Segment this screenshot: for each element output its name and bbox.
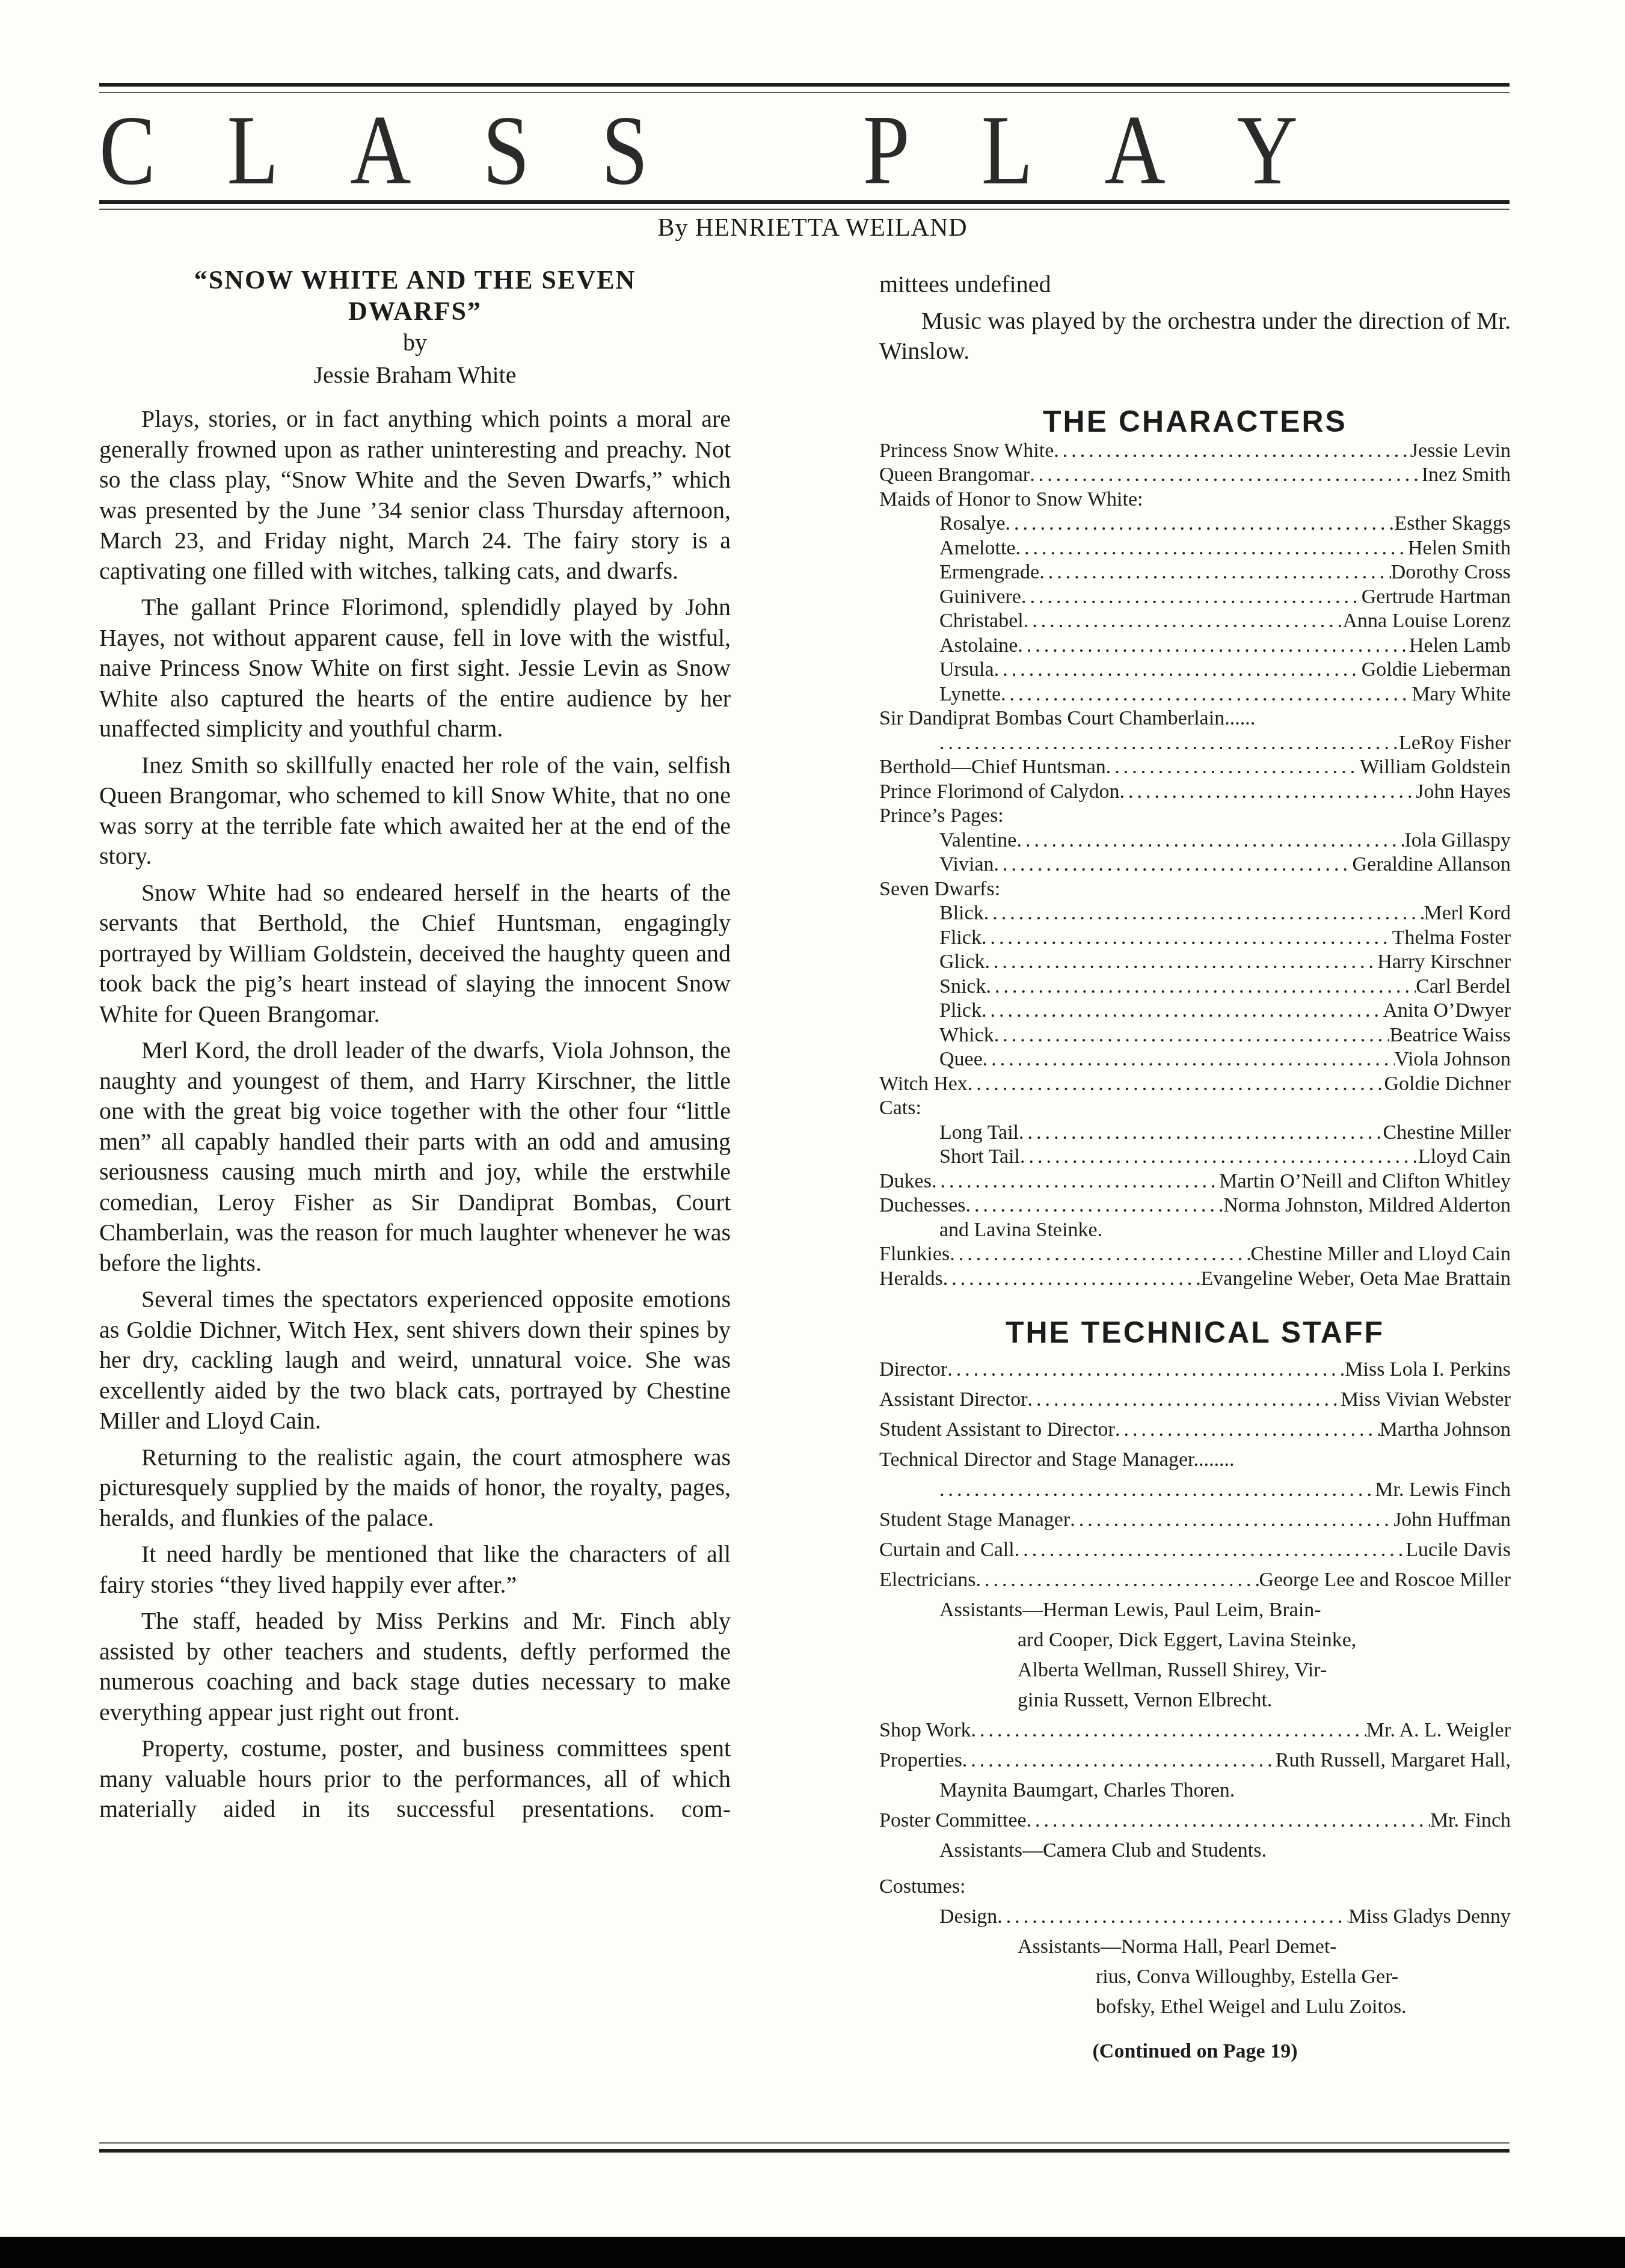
left-column: “SNOW WHITE AND THE SEVEN DWARFS” by Jes…	[99, 265, 731, 1831]
leader-dots	[984, 901, 1424, 926]
staff-name: Miss Gladys Denny	[1348, 1902, 1511, 1932]
character-name: Norma Johnston, Mildred Alderton	[1223, 1194, 1511, 1218]
technical-staff-heading: THE TECHNICAL STAFF	[879, 1315, 1511, 1350]
character-role: Dukes	[879, 1169, 932, 1194]
staff-role: Student Assistant to Director	[879, 1415, 1115, 1445]
staff-role: rius, Conva Willoughby, Estella Ger-	[1096, 1962, 1398, 1992]
staff-role: Shop Work	[879, 1715, 971, 1745]
title-rule-thick	[99, 200, 1510, 204]
staff-role: Curtain and Call	[879, 1535, 1015, 1565]
leader-dots	[1018, 634, 1409, 658]
character-name: Chestine Miller and Lloyd Cain	[1251, 1242, 1511, 1267]
right-column: mittees undefinedMusic was played by the…	[879, 269, 1511, 2063]
play-title-line2: DWARFS”	[99, 296, 731, 327]
character-name: Beatrice Waiss	[1389, 1023, 1511, 1048]
leader-dots	[994, 658, 1362, 682]
staff-role: Assistants—Camera Club and Students.	[939, 1836, 1267, 1866]
title-rule-thin	[99, 209, 1510, 210]
character-role: Plick	[939, 999, 981, 1023]
article-paragraph: Snow White had so endeared herself in th…	[99, 878, 731, 1030]
character-row: Prince’s Pages:	[879, 804, 1511, 829]
leader-dots	[1020, 1145, 1418, 1169]
staff-role: Maynita Baumgart, Charles Thoren.	[939, 1776, 1235, 1806]
staff-role: Assistants—Herman Lewis, Paul Leim, Brai…	[939, 1595, 1321, 1625]
character-name: LeRoy Fisher	[1399, 731, 1511, 756]
leader-dots	[994, 1023, 1390, 1048]
page-title: CLASSPLAY	[99, 105, 1298, 195]
leader-dots	[981, 999, 1383, 1023]
staff-name: Lucile Davis	[1405, 1535, 1511, 1565]
staff-name: Miss Lola I. Perkins	[1345, 1355, 1511, 1385]
character-name: William Goldstein	[1360, 755, 1511, 780]
character-row: Queen BrangomarInez Smith	[879, 463, 1511, 488]
article-paragraph: Returning to the realistic again, the co…	[99, 1442, 731, 1534]
character-name: Inez Smith	[1422, 463, 1511, 488]
article-paragraph: Music was played by the orchestra under …	[879, 306, 1511, 367]
staff-row: Assistants—Camera Club and Students.	[879, 1836, 1511, 1866]
character-row: ChristabelAnna Louise Lorenz	[879, 609, 1511, 634]
article-paragraph-continued: mittees undefined	[879, 269, 1511, 300]
leader-dots	[1006, 512, 1395, 536]
character-role: Maids of Honor to Snow White:	[879, 488, 1143, 512]
character-row: DukesMartin O’Neill and Clifton Whitley	[879, 1169, 1511, 1194]
character-row: PlickAnita O’Dwyer	[879, 999, 1511, 1023]
staff-role: Properties	[879, 1745, 962, 1776]
leader-dots	[939, 1475, 1375, 1505]
byline: By HENRIETTA WEILAND	[0, 213, 1625, 242]
character-role: Prince’s Pages:	[879, 804, 1004, 829]
character-name: Anita O’Dwyer	[1383, 999, 1511, 1023]
character-role: Rosalye	[939, 512, 1006, 536]
characters-list: Princess Snow WhiteJessie LevinQueen Bra…	[879, 439, 1511, 1292]
staff-row: PropertiesRuth Russell, Margaret Hall,	[879, 1745, 1511, 1776]
staff-role: Student Stage Manager	[879, 1505, 1070, 1535]
staff-row: Assistants—Norma Hall, Pearl Demet-	[879, 1932, 1511, 1962]
staff-row: ginia Russett, Vernon Elbrecht.	[879, 1685, 1511, 1715]
staff-role: ard Cooper, Dick Eggert, Lavina Steinke,	[1018, 1625, 1356, 1655]
character-row: and Lavina Steinke.	[879, 1218, 1511, 1243]
character-name: Harry Kirschner	[1377, 950, 1511, 975]
staff-row: bofsky, Ethel Weigel and Lulu Zoitos.	[879, 1992, 1511, 2022]
character-row: Cats:	[879, 1096, 1511, 1121]
staff-role: Assistant Director	[879, 1385, 1027, 1415]
character-name: Esther Skaggs	[1394, 512, 1511, 536]
title-letter: C	[99, 93, 156, 207]
character-name: Goldie Dichner	[1384, 1072, 1511, 1097]
play-author: Jessie Braham White	[99, 358, 731, 392]
character-role: Cats:	[879, 1096, 921, 1121]
character-role: Long Tail	[939, 1121, 1019, 1145]
article-paragraph: Several times the spectators experienced…	[99, 1284, 731, 1436]
leader-dots	[1039, 560, 1391, 585]
leader-dots	[939, 731, 1399, 756]
character-role: Berthold—Chief Huntsman	[879, 755, 1106, 780]
character-row: GlickHarry Kirschner	[879, 950, 1511, 975]
character-name: Anna Louise Lorenz	[1343, 609, 1511, 634]
character-role: Christabel	[939, 609, 1024, 634]
character-role: Blick	[939, 901, 984, 926]
staff-role: Assistants—Norma Hall, Pearl Demet-	[1018, 1932, 1337, 1962]
character-row: ErmengradeDorothy Cross	[879, 560, 1511, 585]
article-paragraph: Plays, stories, or in fact anything whic…	[99, 404, 731, 586]
character-role: Ursula	[939, 658, 994, 682]
character-name: Viola Johnson	[1395, 1047, 1511, 1072]
character-role: Glick	[939, 950, 985, 975]
title-letter: Y	[1237, 93, 1298, 207]
character-role: Vivian	[939, 853, 994, 877]
character-role: Amelotte	[939, 536, 1016, 561]
character-row: GuinivereGertrude Hartman	[879, 585, 1511, 610]
continued-note: (Continued on Page 19)	[879, 2040, 1511, 2063]
character-row: AmelotteHelen Smith	[879, 536, 1511, 561]
staff-role: ginia Russett, Vernon Elbrecht.	[1018, 1685, 1272, 1715]
staff-row: Assistant DirectorMiss Vivian Webster	[879, 1385, 1511, 1415]
leader-dots	[994, 853, 1353, 877]
character-name: Helen Lamb	[1409, 634, 1511, 658]
article-body-left: Plays, stories, or in fact anything whic…	[99, 404, 731, 1825]
leader-dots	[975, 1565, 1259, 1595]
staff-name: Ruth Russell, Margaret Hall,	[1276, 1745, 1511, 1776]
character-name: Thelma Foster	[1392, 926, 1511, 951]
leader-dots	[962, 1745, 1276, 1776]
title-letter: A	[1105, 93, 1166, 207]
character-name: Lloyd Cain	[1418, 1145, 1511, 1169]
title-letter: S	[601, 93, 648, 207]
leader-dots	[986, 975, 1416, 999]
staff-row: Student Stage ManagerJohn Huffman	[879, 1505, 1511, 1535]
character-role: Witch Hex	[879, 1072, 968, 1097]
leader-dots	[985, 950, 1378, 975]
title-letter: A	[350, 93, 411, 207]
leader-dots	[1070, 1505, 1393, 1535]
bottom-rule-thin	[99, 2142, 1510, 2144]
article-paragraph: The staff, headed by Miss Perkins and Mr…	[99, 1606, 731, 1727]
character-role: Queen Brangomar	[879, 463, 1030, 488]
staff-role: Electricians	[879, 1565, 975, 1595]
staff-role: Director	[879, 1355, 947, 1385]
character-name: Carl Berdel	[1416, 975, 1511, 999]
staff-name: Mr. Lewis Finch	[1375, 1475, 1511, 1505]
top-rule-thin	[99, 92, 1510, 93]
leader-dots	[1115, 1415, 1380, 1445]
character-row: FlunkiesChestine Miller and Lloyd Cain	[879, 1242, 1511, 1267]
leader-dots	[1015, 1535, 1406, 1565]
staff-row: Maynita Baumgart, Charles Thoren.	[879, 1776, 1511, 1806]
staff-name: Mr. A. L. Weigler	[1366, 1715, 1511, 1745]
leader-dots	[950, 1242, 1250, 1267]
article-paragraph: It need hardly be mentioned that like th…	[99, 1539, 731, 1600]
staff-role: bofsky, Ethel Weigel and Lulu Zoitos.	[1096, 1992, 1407, 2022]
staff-name: John Huffman	[1393, 1505, 1511, 1535]
character-row: Maids of Honor to Snow White:	[879, 488, 1511, 512]
article-paragraph: The gallant Prince Florimond, splendidly…	[99, 592, 731, 744]
staff-row: DirectorMiss Lola I. Perkins	[879, 1355, 1511, 1385]
character-role: Guinivere	[939, 585, 1021, 610]
character-row: Berthold—Chief HuntsmanWilliam Goldstein	[879, 755, 1511, 780]
character-role: Seven Dwarfs:	[879, 877, 1000, 902]
leader-dots	[1016, 829, 1404, 853]
character-row: Seven Dwarfs:	[879, 877, 1511, 902]
character-role: Astolaine	[939, 634, 1018, 658]
character-row: Long TailChestine Miller	[879, 1121, 1511, 1145]
character-name: Helen Smith	[1408, 536, 1511, 561]
leader-dots	[1001, 682, 1412, 707]
bottom-rule-thick	[99, 2149, 1510, 2153]
character-name: Chestine Miller	[1383, 1121, 1511, 1145]
character-row: DuchessesNorma Johnston, Mildred Alderto…	[879, 1194, 1511, 1218]
leader-dots	[1054, 439, 1410, 464]
staff-row: Poster CommitteeMr. Finch	[879, 1806, 1511, 1836]
character-row: SnickCarl Berdel	[879, 975, 1511, 999]
article-paragraph: Property, costume, poster, and business …	[99, 1733, 731, 1825]
staff-name: Mr. Finch	[1430, 1806, 1511, 1836]
character-role: Valentine	[939, 829, 1016, 853]
character-role: Flick	[939, 926, 981, 951]
staff-name: Miss Vivian Webster	[1341, 1385, 1511, 1415]
characters-heading: THE CHARACTERS	[879, 404, 1511, 439]
article-paragraph: Merl Kord, the droll leader of the dwarf…	[99, 1035, 731, 1278]
character-row: AstolaineHelen Lamb	[879, 634, 1511, 658]
character-row: Princess Snow WhiteJessie Levin	[879, 439, 1511, 464]
scan-edge-band	[0, 2237, 1625, 2268]
staff-row: DesignMiss Gladys Denny	[879, 1902, 1511, 1932]
character-role: Quee	[939, 1047, 983, 1072]
character-name: Mary White	[1412, 682, 1511, 707]
character-name: John Hayes	[1416, 780, 1511, 805]
title-letter: L	[981, 93, 1033, 207]
character-role: and Lavina Steinke.	[939, 1218, 1102, 1243]
leader-dots	[1019, 1121, 1383, 1145]
character-role: Flunkies	[879, 1242, 950, 1267]
character-name: Martin O’Neill and Clifton Whitley	[1219, 1169, 1511, 1194]
character-role: Princess Snow White	[879, 439, 1054, 464]
character-role: Lynette	[939, 682, 1001, 707]
character-name: Dorothy Cross	[1391, 560, 1511, 585]
character-row: Witch HexGoldie Dichner	[879, 1072, 1511, 1097]
leader-dots	[983, 1047, 1395, 1072]
character-role: Duchesses	[879, 1194, 966, 1218]
character-role: Ermengrade	[939, 560, 1039, 585]
character-name: Goldie Lieberman	[1362, 658, 1511, 682]
staff-row: Alberta Wellman, Russell Shirey, Vir-	[879, 1655, 1511, 1685]
character-row: Sir Dandiprat Bombas Court Chamberlain..…	[879, 706, 1511, 731]
staff-row: Curtain and CallLucile Davis	[879, 1535, 1511, 1565]
staff-row: Assistants—Herman Lewis, Paul Leim, Brai…	[879, 1595, 1511, 1625]
character-role: Whick	[939, 1023, 994, 1048]
character-row: FlickThelma Foster	[879, 926, 1511, 951]
leader-dots	[932, 1169, 1219, 1194]
leader-dots	[1016, 536, 1408, 561]
leader-dots	[1119, 780, 1416, 805]
character-name: Merl Kord	[1424, 901, 1511, 926]
staff-row: Student Assistant to DirectorMartha John…	[879, 1415, 1511, 1445]
character-row: HeraldsEvangeline Weber, Oeta Mae Bratta…	[879, 1267, 1511, 1292]
leader-dots	[1027, 1806, 1430, 1836]
character-name: Geraldine Allanson	[1353, 853, 1511, 877]
staff-name: Martha Johnson	[1380, 1415, 1511, 1445]
staff-role: Costumes:	[879, 1872, 966, 1902]
character-role: Short Tail	[939, 1145, 1020, 1169]
article-paragraph: Inez Smith so skillfully enacted her rol…	[99, 750, 731, 872]
character-role: Snick	[939, 975, 986, 999]
leader-dots	[1021, 585, 1362, 610]
leader-dots	[966, 1194, 1224, 1218]
staff-row: rius, Conva Willoughby, Estella Ger-	[879, 1962, 1511, 1992]
leader-dots	[971, 1715, 1366, 1745]
staff-row: Technical Director and Stage Manager....…	[879, 1445, 1511, 1475]
character-row: VivianGeraldine Allanson	[879, 853, 1511, 877]
character-row: Prince Florimond of CalydonJohn Hayes	[879, 780, 1511, 805]
character-name: Gertrude Hartman	[1362, 585, 1511, 610]
character-row: Short TailLloyd Cain	[879, 1145, 1511, 1169]
staff-row: ard Cooper, Dick Eggert, Lavina Steinke,	[879, 1625, 1511, 1655]
character-role: Sir Dandiprat Bombas Court Chamberlain..…	[879, 706, 1255, 731]
leader-dots	[1030, 463, 1422, 488]
leader-dots	[1024, 609, 1343, 634]
play-by: by	[99, 327, 731, 358]
leader-dots	[968, 1072, 1384, 1097]
technical-staff-list: DirectorMiss Lola I. PerkinsAssistant Di…	[879, 1355, 1511, 2022]
character-name: Jessie Levin	[1410, 439, 1511, 464]
title-letter: L	[227, 93, 279, 207]
title-letter: P	[863, 93, 910, 207]
character-row: LeRoy Fisher	[879, 731, 1511, 756]
staff-role: Alberta Wellman, Russell Shirey, Vir-	[1018, 1655, 1327, 1685]
character-row: QueeViola Johnson	[879, 1047, 1511, 1072]
character-row: BlickMerl Kord	[879, 901, 1511, 926]
leader-dots	[943, 1267, 1201, 1292]
staff-name: George Lee and Roscoe Miller	[1259, 1565, 1511, 1595]
leader-dots	[1106, 755, 1360, 780]
top-rule-thick	[99, 83, 1510, 87]
character-name: Evangeline Weber, Oeta Mae Brattain	[1201, 1267, 1511, 1292]
staff-row: ElectriciansGeorge Lee and Roscoe Miller	[879, 1565, 1511, 1595]
play-title-line1: “SNOW WHITE AND THE SEVEN	[99, 265, 731, 296]
staff-row: Mr. Lewis Finch	[879, 1475, 1511, 1505]
staff-role: Design	[939, 1902, 997, 1932]
staff-role: Poster Committee	[879, 1806, 1027, 1836]
character-row: LynetteMary White	[879, 682, 1511, 707]
character-role: Heralds	[879, 1267, 943, 1292]
leader-dots	[1027, 1385, 1341, 1415]
article-body-right: mittees undefinedMusic was played by the…	[879, 269, 1511, 367]
character-row: UrsulaGoldie Lieberman	[879, 658, 1511, 682]
character-row: WhickBeatrice Waiss	[879, 1023, 1511, 1048]
character-row: ValentineIola Gillaspy	[879, 829, 1511, 853]
staff-role: Technical Director and Stage Manager....…	[879, 1445, 1235, 1475]
staff-row: Shop WorkMr. A. L. Weigler	[879, 1715, 1511, 1745]
title-letter: S	[483, 93, 530, 207]
character-row: RosalyeEsther Skaggs	[879, 512, 1511, 536]
staff-row: Costumes:	[879, 1872, 1511, 1902]
character-name: Iola Gillaspy	[1404, 829, 1511, 853]
leader-dots	[981, 926, 1392, 951]
leader-dots	[947, 1355, 1345, 1385]
character-role: Prince Florimond of Calydon	[879, 780, 1119, 805]
leader-dots	[997, 1902, 1348, 1932]
